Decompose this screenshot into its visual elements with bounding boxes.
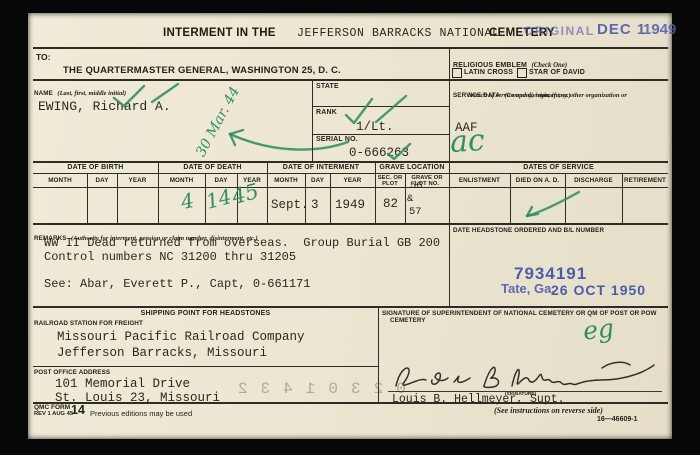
interment-year-col: YEAR: [330, 177, 375, 184]
interment-year-value: 1949: [335, 198, 365, 212]
grave-location-header: GRAVE LOCATION: [375, 164, 449, 171]
remarks-line-3: See: Abar, Everett P., Capt, 0-661171: [44, 277, 310, 291]
headstone-ordered-label: DATE HEADSTONE ORDERED AND B/L NUMBER: [453, 227, 604, 234]
retirement-col: RETIREMENT: [622, 177, 668, 184]
to-label: TO:: [36, 52, 50, 62]
date-of-interment-header: DATE OF INTERMENT: [267, 164, 375, 171]
form-number: 14: [71, 403, 85, 417]
form-title-prefix: INTERMENT IN THE: [163, 27, 276, 39]
superintendent-signature-label-2: CEMETERY: [390, 317, 426, 324]
handwritten-initials: eg: [582, 313, 616, 345]
date-received-stamp-day: DEC 1: [597, 21, 646, 38]
divider: [33, 47, 668, 49]
original-stamp: ORIGINAL: [524, 24, 595, 38]
print-code: 16—46609-1: [597, 416, 637, 423]
birth-year-col: YEAR: [117, 177, 158, 184]
bleedthrough-digits: 02301432: [225, 380, 406, 398]
discharge-col: DISCHARGE: [565, 177, 622, 184]
divider: [312, 134, 449, 135]
grave-section-value: 82: [383, 197, 398, 211]
divider: [33, 402, 668, 404]
shipping-point-header: SHIPPING POINT FOR HEADSTONES: [33, 310, 378, 317]
green-swoosh-arrow-icon: [523, 188, 583, 220]
headstone-place-stamp: Tate, Ga.: [501, 281, 555, 296]
divider: [33, 366, 378, 367]
birth-day-col: DAY: [87, 177, 117, 184]
grave-lot-value-2: &: [407, 193, 413, 205]
headstone-date-stamp: 26 OCT 1950: [551, 282, 646, 298]
religious-emblem-label-italic: (Check One): [531, 62, 567, 69]
date-of-birth-header: DATE OF BIRTH: [33, 164, 158, 171]
typed-superintendent-name: Louis B. Hellmeyer, Supt.: [392, 393, 565, 406]
sec-or-plot-col-2: PLOT: [375, 181, 405, 187]
death-day-col: DAY: [205, 177, 237, 184]
date-received-stamp-year: 1949: [643, 21, 676, 38]
serial-no-label: SERIAL NO.: [316, 136, 358, 143]
divider: [33, 173, 668, 174]
railroad-station-label: RAILROAD STATION FOR FREIGHT: [34, 320, 143, 327]
latin-cross-checkbox: [452, 68, 462, 78]
grave-lot-value-3: 57: [409, 206, 422, 218]
instructions-note: (See instructions on reverse side): [494, 406, 603, 415]
superintendent-signature-label-1: SIGNATURE OF SUPERINTENDENT OF NATIONAL …: [382, 310, 657, 317]
railroad-line-2: Jefferson Barracks, Missouri: [57, 346, 267, 360]
name-label-bold: NAME: [34, 90, 53, 97]
form-edition-note: Previous editions may be used: [90, 409, 192, 418]
post-office-label: POST OFFICE ADDRESS: [34, 369, 110, 376]
service-data-label-italic2: branch of service and division, if any.): [468, 92, 571, 99]
handwritten-ac-annotation: ac: [449, 123, 486, 160]
post-office-line-1: 101 Memorial Drive: [55, 377, 190, 391]
star-of-david-checkbox: [517, 68, 527, 78]
signature-handwriting: [388, 356, 662, 392]
divider: [33, 79, 668, 81]
divider: [33, 161, 668, 163]
form-designation-line-1: QMC FORM: [34, 404, 70, 411]
green-checkmark-icon: [112, 84, 146, 110]
dates-of-service-header: DATES OF SERVICE: [449, 164, 668, 171]
form-designation-line-2: REV 1 AUG 45: [34, 411, 73, 417]
green-checkmark-icon: [344, 97, 374, 127]
date-of-death-header: DATE OF DEATH: [158, 164, 267, 171]
green-check-stroke-icon: [150, 82, 180, 106]
divider: [312, 79, 313, 162]
cemetery-name-typed: JEFFERSON BARRACKS NATIONAL: [297, 27, 500, 40]
latin-cross-label: LATIN CROSS: [464, 69, 513, 76]
star-of-david-label: STAR OF DAVID: [529, 69, 585, 76]
green-check-stroke-icon: [374, 94, 408, 126]
rank-label: RANK: [316, 109, 337, 116]
death-month-col: MONTH: [158, 177, 205, 184]
birth-month-col: MONTH: [33, 177, 87, 184]
green-checkmark-icon: [386, 142, 412, 162]
divider: [33, 223, 668, 225]
railroad-line-1: Missouri Pacific Railroad Company: [57, 330, 305, 344]
grave-lot-value-1: 56: [410, 180, 423, 192]
divider: [33, 306, 668, 308]
interment-day-value: 3: [311, 198, 319, 212]
remarks-line-2: Control numbers NC 31200 thru 31205: [44, 250, 296, 264]
enlistment-col: ENLISTMENT: [449, 177, 510, 184]
interment-month-col: MONTH: [267, 177, 305, 184]
interment-day-col: DAY: [305, 177, 330, 184]
religious-emblem-label-bold: RELIGIOUS EMBLEM: [453, 62, 527, 69]
scanned-form: INTERMENT IN THE JEFFERSON BARRACKS NATI…: [0, 0, 700, 455]
interment-month-value: Sept.: [271, 198, 309, 212]
died-on-ad-col: DIED ON A. D.: [510, 177, 565, 184]
remarks-line-1: WW II Dead returned from overseas. Group…: [44, 236, 440, 250]
addressee: THE QUARTERMASTER GENERAL, WASHINGTON 25…: [63, 65, 341, 76]
state-label: STATE: [316, 83, 339, 90]
